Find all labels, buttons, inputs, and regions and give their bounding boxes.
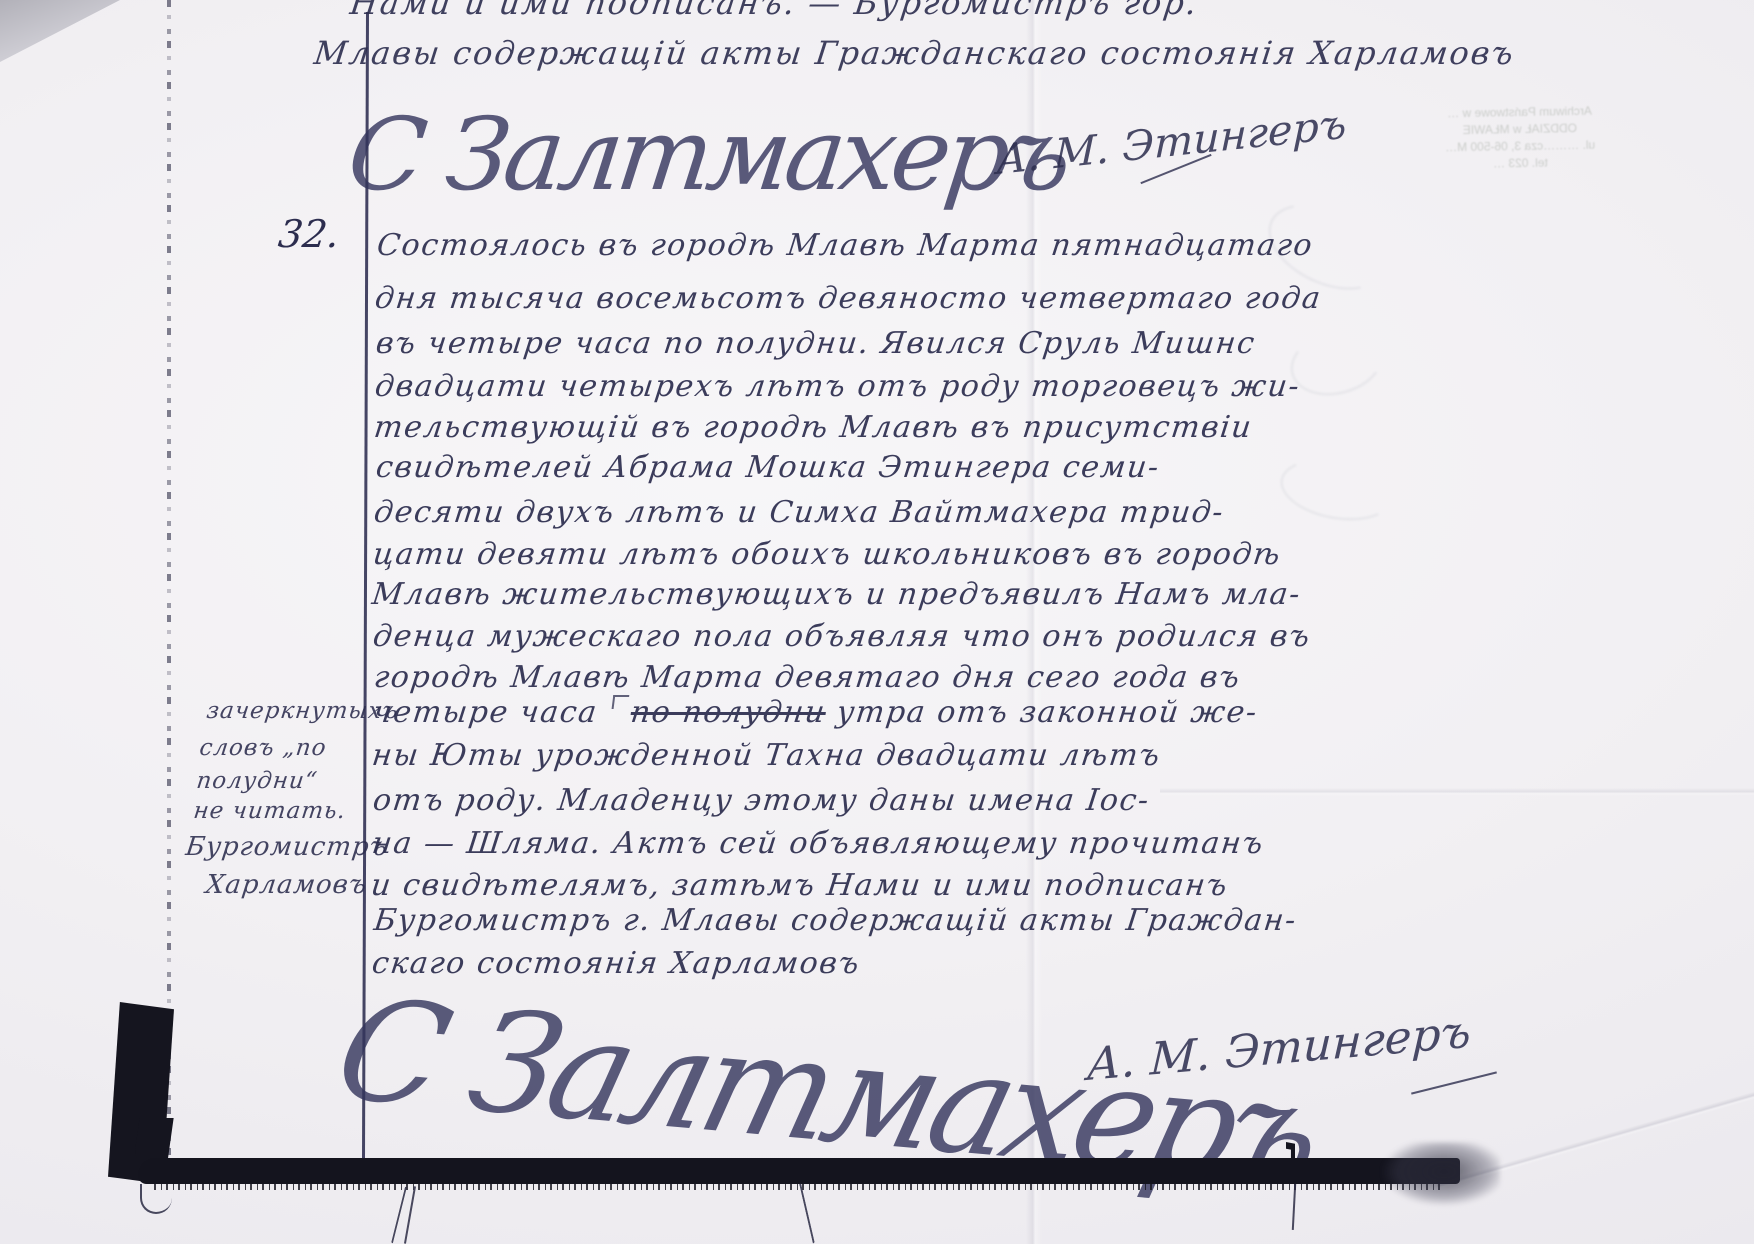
act-line: отъ роду. Младенцу этому даны имена Іос-	[371, 783, 1152, 818]
photocopy-shadow-band	[138, 1158, 1460, 1184]
photocopy-smudge	[1360, 1142, 1500, 1208]
insertion-caret	[611, 695, 629, 709]
act-line: Бургомистръ г. Млавы содержащій акты Гра…	[372, 903, 1299, 938]
margin-note-line: словъ „по	[198, 735, 328, 761]
act-line: денца мужескаго пола объявляя что онъ ро…	[371, 619, 1313, 654]
act-line-post: утра отъ законной же-	[824, 695, 1260, 730]
struck-words: по полудни	[629, 695, 828, 730]
margin-note-line: полудни“	[195, 768, 319, 794]
act-line: дня тысяча восемьсотъ девяносто четверта…	[373, 281, 1324, 316]
copy-edge-speckle-line	[167, 0, 171, 1170]
archive-stamp-bleedthrough: Archiwum Państwowe w … ODDZIAŁ w MŁAWIE …	[1389, 102, 1650, 175]
act-line: Состоялось въ городѣ Млавѣ Марта пятнадц…	[375, 228, 1315, 263]
act-line: городѣ Млавѣ Марта девятаго дня сего год…	[372, 660, 1243, 695]
previous-act-closing-line: Млавы содержащій акты Гражданскаго состо…	[312, 34, 1517, 72]
margin-note-line: зачеркнутыхъ	[205, 698, 400, 724]
margin-note-signature: Бургомистръ	[184, 832, 390, 862]
horizontal-fold-crease	[1160, 788, 1754, 796]
act-line: двадцати четырехъ лѣтъ отъ роду торговец…	[373, 369, 1302, 404]
act-line: ны Юты урожденной Тахна двадцати лѣтъ	[370, 738, 1163, 773]
act-line: въ четыре часа по полудни. Явился Сруль …	[374, 326, 1258, 361]
act-line: десяти двухъ лѣтъ и Симха Вайтмахера три…	[372, 495, 1226, 530]
act-line: и свидѣтелямъ, затѣмъ Нами и ими подписа…	[369, 868, 1230, 903]
previous-act-closing-line: Нами и ими подписанъ. — Бургомистръ гор.	[348, 0, 1200, 22]
margin-note-line: не читать.	[192, 798, 348, 824]
act-line-with-strikeout: четыре часа по полудни утра отъ законной…	[371, 695, 1260, 730]
act-line: Млавѣ жительствующихъ и предъявилъ Намъ …	[370, 577, 1303, 612]
signature-scrawl-top: С Залтмахеръ	[342, 96, 1074, 213]
act-number: 32.	[276, 212, 342, 256]
margin-note-signature: Харламовъ	[204, 870, 369, 900]
document-scan: Archiwum Państwowe w … ODDZIAŁ w MŁAWIE …	[0, 0, 1754, 1244]
act-line: свидѣтелей Абрама Мошка Этингера семи-	[374, 450, 1162, 485]
act-line: цати девяти лѣтъ обоихъ школьниковъ въ г…	[371, 537, 1283, 572]
act-line: на — Шляма. Актъ сей объявляющему прочит…	[370, 826, 1266, 861]
act-line: тельствующій въ городѣ Млавѣ въ присутст…	[372, 410, 1255, 445]
act-line-pre: четыре часа	[371, 695, 611, 730]
photocopy-shadow-fringe	[150, 1183, 1440, 1190]
